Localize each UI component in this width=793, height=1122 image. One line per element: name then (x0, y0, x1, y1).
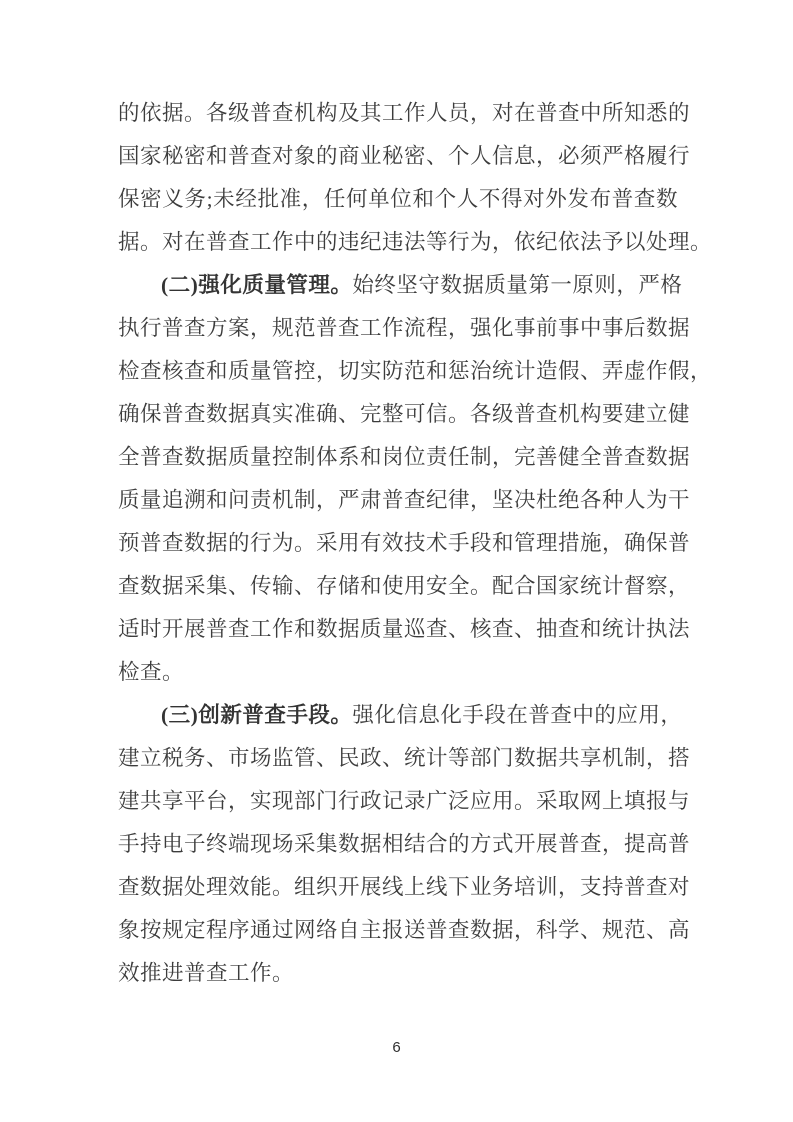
text-line: 手持电子终端现场采集数据相结合的方式开展普查，提高普 (118, 823, 678, 866)
text-line: 象按规定程序通过网络自主报送普查数据，科学、规范、高 (118, 909, 678, 952)
text-line: (三)创新普查手段。强化信息化手段在普查中的应用， (118, 694, 678, 737)
section-heading: (三)创新普查手段。 (161, 703, 352, 727)
paragraph: (二)强化质量管理。始终坚守数据质量第一原则，严格执行普查方案，规范普查工作流程… (118, 264, 678, 694)
text-line: 质量追溯和问责机制，严肃普查纪律，坚决杜绝各种人为干 (118, 479, 678, 522)
text-line: 效推进普查工作。 (118, 952, 678, 995)
document-page: 的依据。各级普查机构及其工作人员，对在普查中所知悉的国家秘密和普查对象的商业秘密… (0, 0, 793, 1122)
text-line: 查数据处理效能。组织开展线上线下业务培训，支持普查对 (118, 866, 678, 909)
text-line: 保密义务;未经批准，任何单位和个人不得对外发布普查数 (118, 178, 678, 221)
paragraph: (三)创新普查手段。强化信息化手段在普查中的应用，建立税务、市场监管、民政、统计… (118, 694, 678, 995)
text-line: 的依据。各级普查机构及其工作人员，对在普查中所知悉的 (118, 92, 678, 135)
text-line: 预普查数据的行为。采用有效技术手段和管理措施，确保普 (118, 522, 678, 565)
text-line: 全普查数据质量控制体系和岗位责任制，完善健全普查数据 (118, 436, 678, 479)
text-line: (二)强化质量管理。始终坚守数据质量第一原则，严格 (118, 264, 678, 307)
text-line: 查数据采集、传输、存储和使用安全。配合国家统计督察， (118, 565, 678, 608)
text-line: 据。对在普查工作中的违纪违法等行为，依纪依法予以处理。 (118, 221, 678, 264)
text-line: 建共享平台，实现部门行政记录广泛应用。采取网上填报与 (118, 780, 678, 823)
section-heading: (二)强化质量管理。 (161, 273, 352, 297)
text-line: 执行普查方案，规范普查工作流程，强化事前事中事后数据 (118, 307, 678, 350)
paragraph: 的依据。各级普查机构及其工作人员，对在普查中所知悉的国家秘密和普查对象的商业秘密… (118, 92, 678, 264)
text-line: 确保普查数据真实准确、完整可信。各级普查机构要建立健 (118, 393, 678, 436)
text-line: 适时开展普查工作和数据质量巡查、核查、抽查和统计执法 (118, 608, 678, 651)
text-line: 检查核查和质量管控，切实防范和惩治统计造假、弄虚作假， (118, 350, 678, 393)
text-line: 建立税务、市场监管、民政、统计等部门数据共享机制，搭 (118, 737, 678, 780)
text-line: 检查。 (118, 651, 678, 694)
page-number: 6 (0, 1038, 793, 1058)
document-body: 的依据。各级普查机构及其工作人员，对在普查中所知悉的国家秘密和普查对象的商业秘密… (118, 92, 678, 995)
text-line: 国家秘密和普查对象的商业秘密、个人信息，必须严格履行 (118, 135, 678, 178)
